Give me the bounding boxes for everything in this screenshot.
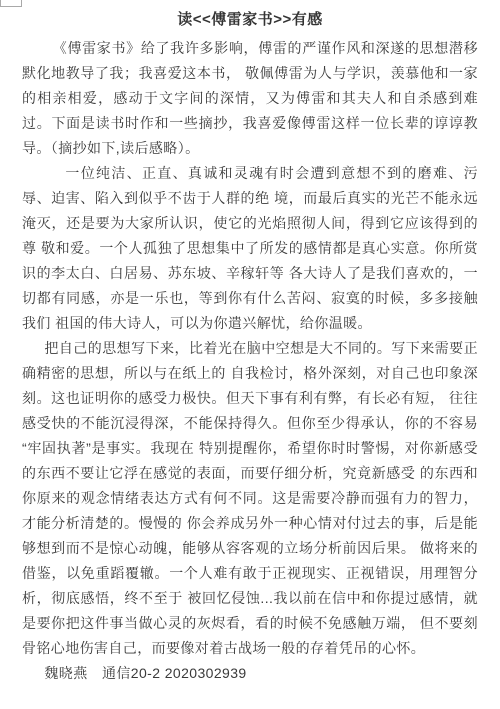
paragraph-excerpt-2: 把自己的思想写下来，比着光在脑中空想是大不同的。写下来需要正确精密的思想，所以与… (22, 336, 478, 661)
scan-corner-artifact (0, 0, 22, 7)
document-page: 读<<傅雷家书>>有感 《傅雷家书》给了我许多影响，傅雷的严谨作风和深遂的思想潜… (0, 0, 500, 709)
paragraph-excerpt-1: 一位纯洁、正直、真诚和灵魂有时会遭到意想不到的磨难、污辱、迫害、陷入到似乎不齿于… (22, 161, 478, 336)
paragraph-intro: 《傅雷家书》给了我许多影响，傅雷的严谨作风和深遂的思想潜移默化地教导了我；我喜爱… (22, 36, 478, 161)
author-signature: 魏晓燕 通信20-2 2020302939 (22, 661, 478, 686)
document-title: 读<<傅雷家书>>有感 (22, 8, 478, 32)
